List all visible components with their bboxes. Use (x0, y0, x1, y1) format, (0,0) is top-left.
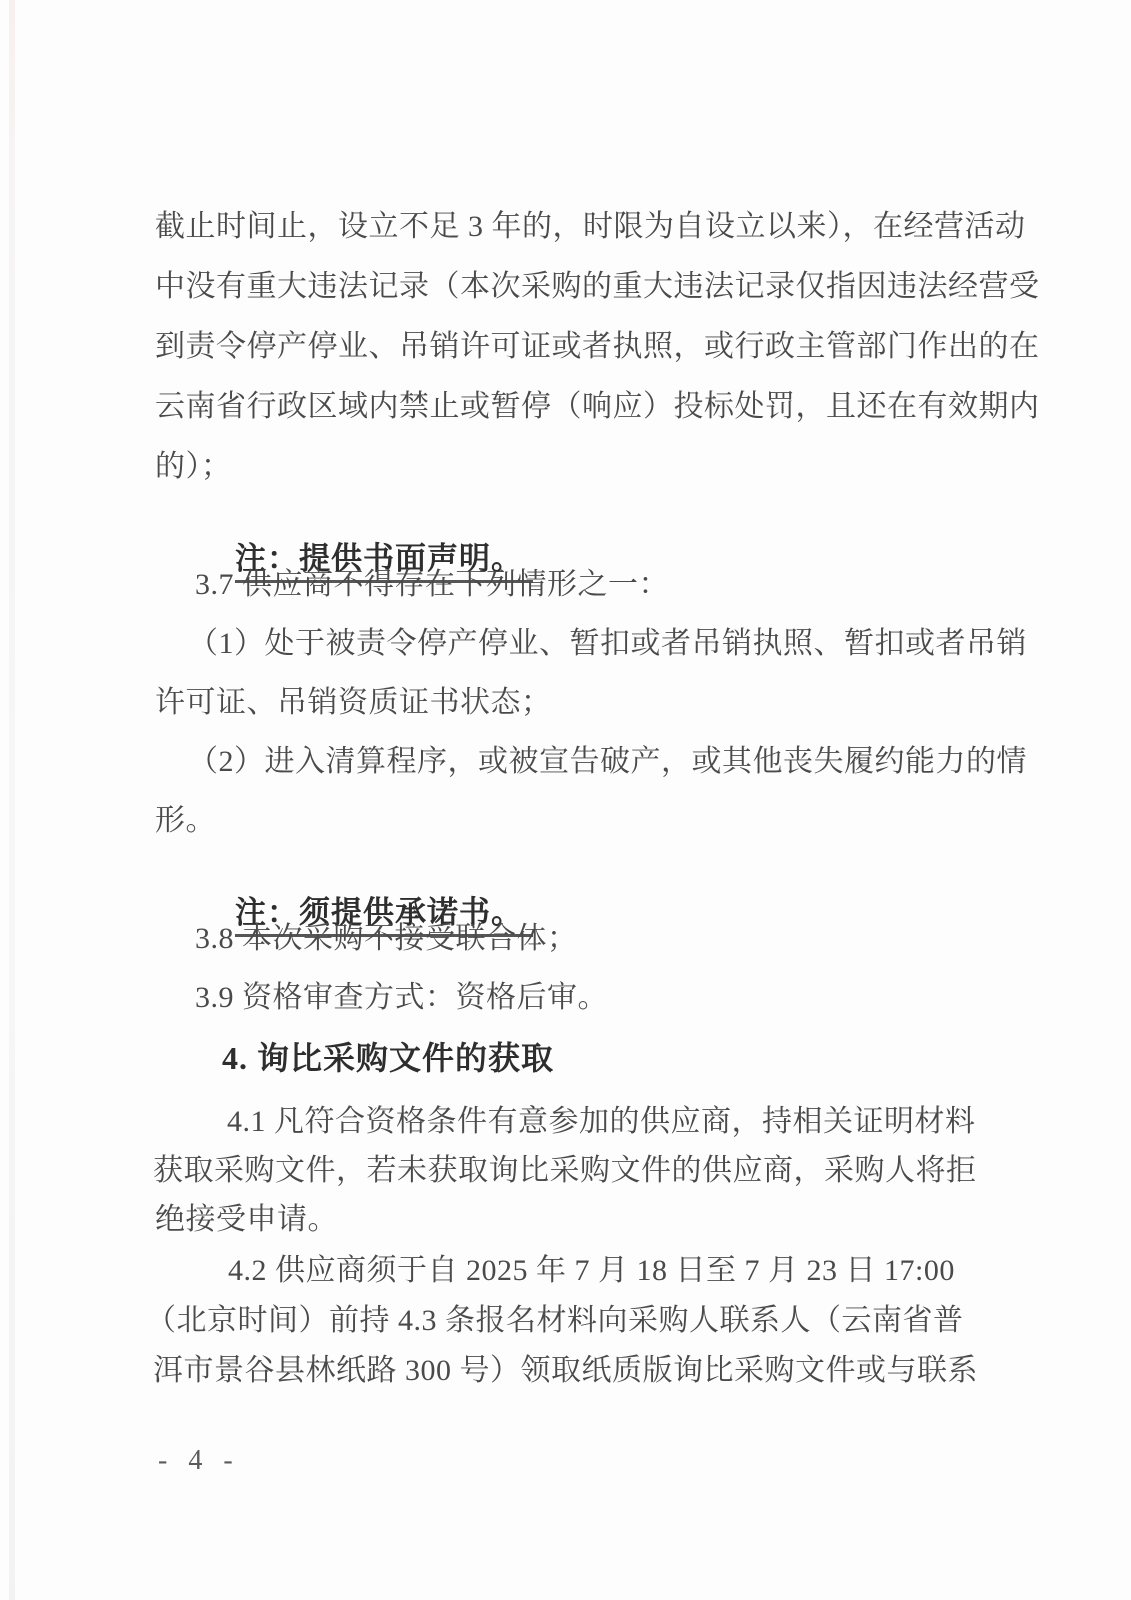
body-line-continuation-4: 云南省行政区域内禁止或暂停（响应）投标处罚，且还在有效期内 (155, 388, 1040, 426)
body-line-continuation-3: 到责令停产停业、吊销许可证或者执照，或行政主管部门作出的在 (155, 328, 1040, 366)
body-line-continuation-2: 中没有重大违法记录（本次采购的重大违法记录仅指因违法经营受 (155, 268, 1040, 306)
body-line-continuation-1: 截止时间止，设立不足 3 年的，时限为自设立以来），在经营活动 (155, 208, 1026, 246)
clause-4-2-line-2: （北京时间）前持 4.3 条报名材料向采购人联系人（云南省普 (146, 1302, 964, 1340)
page-number: - 4 - (158, 1443, 240, 1478)
item-1-line-2: 许可证、吊销资质证书状态； (155, 684, 552, 722)
item-2-line-1: （2）进入清算程序，或被宣告破产，或其他丧失履约能力的情 (188, 743, 1027, 781)
clause-3-9: 3.9 资格审查方式：资格后审。 (195, 979, 608, 1017)
clause-3-8: 3.8 本次采购不接受联合体； (195, 920, 578, 958)
clause-4-1-line-3: 绝接受申请。 (155, 1201, 338, 1239)
clause-4-1-line-2: 获取采购文件，若未获取询比采购文件的供应商，采购人将拒 (153, 1152, 977, 1190)
body-line-continuation-5: 的）； (155, 448, 232, 486)
clause-4-2-line-1: 4.2 供应商须于自 2025 年 7 月 18 日至 7 月 23 日 17:… (228, 1252, 955, 1290)
item-1-line-1: （1）处于被责令停产停业、暂扣或者吊销执照、暂扣或者吊销 (188, 625, 1027, 663)
item-2-line-2: 形。 (155, 802, 216, 840)
clause-4-2-line-3: 洱市景谷县林纸路 300 号）领取纸质版询比采购文件或与联系 (153, 1352, 978, 1390)
document-page: 截止时间止，设立不足 3 年的，时限为自设立以来），在经营活动 中没有重大违法记… (0, 0, 1131, 1600)
clause-3-7: 3.7 供应商不得存在下列情形之一： (195, 566, 669, 604)
section-4-heading: 4. 询比采购文件的获取 (222, 1038, 554, 1078)
clause-4-1-line-1: 4.1 凡符合资格条件有意参加的供应商，持相关证明材料 (227, 1103, 976, 1141)
scan-edge-artifact (9, 0, 15, 1600)
